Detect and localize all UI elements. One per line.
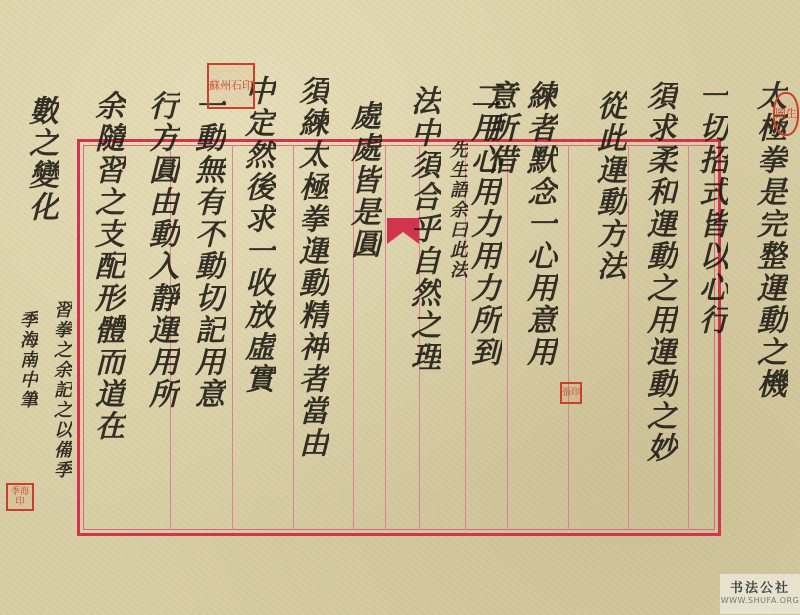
column-rule xyxy=(568,145,569,530)
calligraphy-column-3: 須求柔和運動之用運動之妙 xyxy=(638,80,678,540)
site-watermark: 书法公社 WWW.SHUFA.ORG xyxy=(720,574,800,614)
calligraphy-column-10: 中定然後求一收放虛實 xyxy=(236,75,276,525)
watermark-chinese: 书法公社 xyxy=(720,574,800,596)
signature: 季海南中筆 xyxy=(16,310,38,510)
calligraphy-column-4: 從此運動方法 xyxy=(588,90,628,330)
calligraphy-column-2: 一切招式皆以心行 xyxy=(690,80,730,530)
calligraphy-column-12: 行方圓由動入靜運用所 xyxy=(140,90,180,560)
calligraphy-column-13: 余隨習之支配形體而道在 xyxy=(86,90,126,560)
calligraphy-column-7: 法中須合乎自然之理 xyxy=(402,85,442,555)
oval-seal-icon: 圖生 xyxy=(773,92,799,136)
calligraphy-annotation: 先生語余曰此法 xyxy=(446,140,468,320)
calligraphy-column-5: 練者默念一心用意用意所借 xyxy=(518,80,558,380)
calligraphy-column-11: 一動無有不動切記用意 xyxy=(186,90,226,550)
middle-seal-icon: 張印 xyxy=(560,382,582,404)
calligraphy-column-9: 須練太極拳運動精神者當由 xyxy=(290,75,330,535)
square-seal-icon: 蘇州石印 xyxy=(207,63,255,109)
calligraphy-column-14: 數之變化 xyxy=(20,95,60,295)
calligraphy-column-6: 二用心用力用力所到 xyxy=(462,80,502,470)
signature-seal-icon: 季海印 xyxy=(6,483,34,511)
inscription: 習拳之余記之以備季 xyxy=(50,300,72,510)
column-rule xyxy=(688,145,689,530)
calligraphy-column-8: 處處皆是圓 xyxy=(342,100,382,420)
watermark-url: WWW.SHUFA.ORG xyxy=(720,596,800,605)
calligraphy-column-1: 太極拳是完整運動之機 xyxy=(748,80,788,520)
column-rule xyxy=(507,145,508,530)
column-rule xyxy=(232,145,233,530)
center-rule-left xyxy=(385,145,386,530)
column-rule xyxy=(628,145,629,530)
